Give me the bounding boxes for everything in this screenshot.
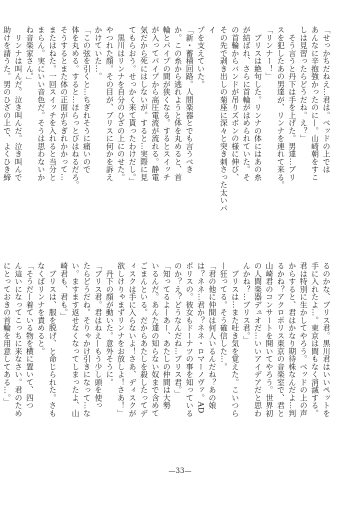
text-column: ん這いになってこっちに来なさい。君のため [13,262,24,450]
text-column: ィスクは手に入らないよ！さあ、ディスクが [127,262,138,450]
text-column: のか？え？どうなんだね…ブリス君。」 [172,262,183,450]
text-column: い。ますます返せなくなってしまったよ、山 [70,262,81,450]
text-column: が結ばれ、さらに首輪がはめられていた。そ [241,26,252,214]
text-column: ブリスは…また吐き気を覚えた。こいつら [229,262,240,450]
text-column: 「この弦を引くと…ちぎれそうに痛いので [81,26,92,214]
text-column: リンナは叫んだ。泣き叫んだ。泣き叫んで [13,26,24,214]
text-column: 「そうだ—着ている物を横に置いて、四つ [24,262,35,450]
text-column: 丹下の顔が動いた。意外そうに。 [104,262,115,450]
text-column: ごまんといる。だからあたしを殺したってデ [138,262,149,450]
text-column: 助けを請うた。男のひざの上で、よくひき締 [1,26,12,214]
text-column: しは見習ったらどうだね。え？」 [298,26,309,214]
text-column: るかね？アクロポリス東京の音楽室で、君と [275,262,286,450]
text-column: からすると、君はかなり期待株なんだよ…判 [286,262,297,450]
page-number: —33— [0,467,360,475]
text-column: 「せっかちだねえ…君は。ベッドの上では [321,26,332,214]
text-column: は？ネネ…君か？ネネ・ロマーノヴァ。AD [195,262,206,450]
text-column: にとっておきの首輪を用意してある…。」 [1,262,12,450]
text-column: なくばリンナを責めると。 [35,262,46,450]
text-column: ブリスは、服を脱げ、と命じられた。さも [47,262,58,450]
text-column: 君は特別に生かしてやろう。ベッドの上の声 [298,262,309,450]
text-column: か。この糸から逃れようと体を丸めると、首 [172,26,183,214]
text-column: ポリスの。彼女もドーナツの事を知っている [184,262,195,450]
text-column: 「ブリス君。君はねえ—もう少し頭を使っ [92,262,103,450]
text-column: いるんだ。あんた達の知らない奴まで含めて [150,262,161,450]
text-column: てもらおう。せっかく来て貰ったわけだし。」 [127,26,138,214]
text-column: 「新・蓄積回路。人間楽器とでも言うべき [184,26,195,214]
text-column: またはねた。一回スイッチを入れると当分と [47,26,58,214]
text-column: かけていた…。 [92,26,103,214]
text-column: 山崎君のコンサートを開いてやろう。世界初 [264,262,275,450]
text-column: 「知ってるよ—あー、あたしの仲間は大勢 [161,262,172,450]
text-column: 「リンナー！」 [264,26,275,214]
text-column: 体を丸める。すると…ほらっとびはねるだろ。 [70,26,81,214]
text-column: やつれた顔。その目が、ブリスに何かを訴え [104,26,115,214]
lower-text-block: るのかな、ブリス君。黒川君はいいペットを手に入れたよ…。東京は間もなく消滅する。… [22,262,332,450]
text-column: プを支えていた。 [195,26,206,214]
text-column: んかね？…ブリス君。」 [241,262,252,450]
text-column: の首輪からバンドが吊りズボンの様に伸び、 [229,26,240,214]
text-column: まらん。実にいい音色だ。そうは思わないか [35,26,46,214]
text-column: たらどうだね。そりゃかけ引きになって…な [81,262,92,450]
text-column: 気だから死にはしないが。すると…実際に見 [138,26,149,214]
text-column: ブリスは絶句した。リンナの体にはあの糸 [252,26,263,214]
text-column: の人間楽器デュオだ…いいアイデアだと思わ [252,262,263,450]
text-column: 崎君も、君も。」 [58,262,69,450]
text-column: 欲しけりゃまずリンナをお放しよ！さあ！」 [115,262,126,450]
text-column: 「君の他に仲間は何人いるんだね？あの娘 [207,262,218,450]
text-column: 黒川はリンナを自分のひざの上にのせた。 [115,26,126,214]
text-column: スを犯したあの男達が、リンナを連れて来る。 [275,26,286,214]
text-column: ね音楽家さん。」 [24,26,35,214]
text-column: その先で剥き出しの菊座に深々と突き刺さった太いパイ [207,26,230,214]
text-column: あんなに辛抱強かったのに—。山崎朝をすこ [309,26,320,214]
upper-text-block: 「せっかちだねえ…君は。ベッドの上ではあんなに辛抱強かったのに—。山崎朝をすこし… [22,26,332,214]
text-column: —狂ってる。そう確信した…。 [218,262,229,450]
text-column: 手に入れたよ…。東京は間もなく消滅する。 [309,262,320,450]
text-column: そうするとまた体の正面がちぎれかかって… [58,26,69,214]
text-column: 輪とパイプの間が狭くなる。するとスイッチ [161,26,172,214]
text-column: が入ってパイプから高圧電流が流れる。静電 [150,26,161,214]
text-column: るのかな、ブリス君。黒川君はいいペットを [321,262,332,450]
text-column: そう言うと丹下は手を上げた。男達…ブリ [286,26,297,214]
